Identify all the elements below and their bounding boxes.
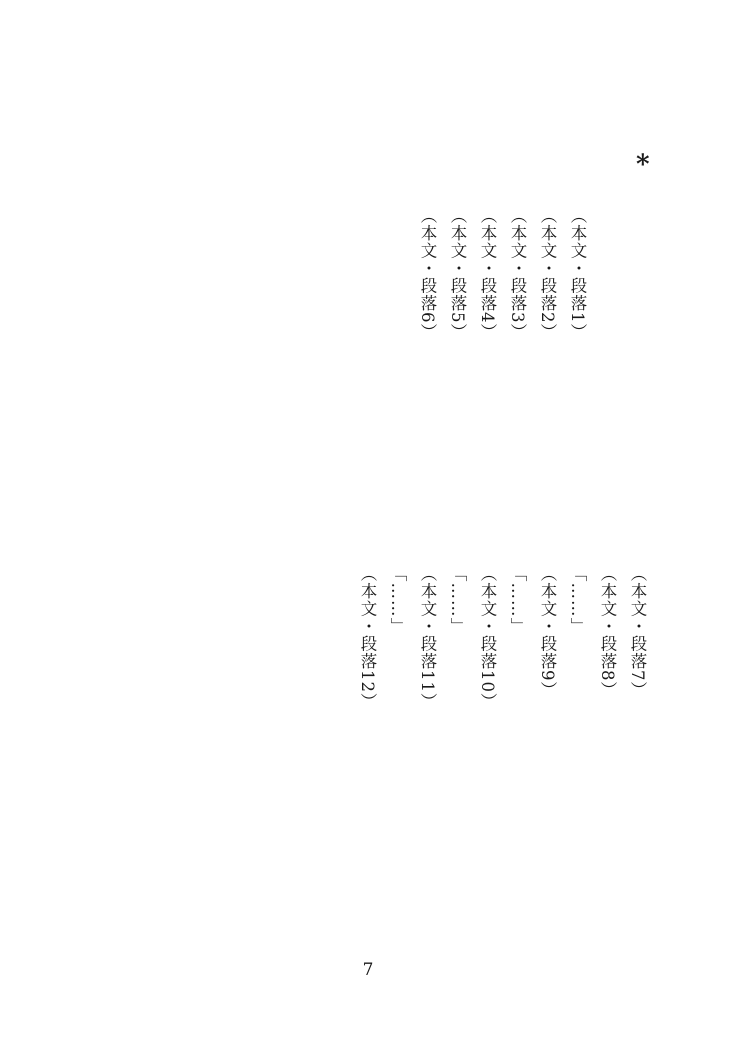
paragraph: （本文・段落4） bbox=[472, 190, 502, 480]
lower-text-block: （本文・段落7） （本文・段落8） 「……」 （本文・段落9） 「……」 （本文… bbox=[92, 548, 652, 948]
paragraph: （本文・段落9） bbox=[532, 548, 562, 948]
dialogue-line: 「……」 bbox=[562, 548, 592, 948]
dialogue-line: 「……」 bbox=[502, 548, 532, 948]
paragraph: （本文・段落7） bbox=[622, 548, 652, 948]
paragraph: （本文・段落3） bbox=[502, 190, 532, 480]
paragraph: （本文・段落10） bbox=[472, 548, 502, 948]
paragraph: （本文・段落11） bbox=[412, 548, 442, 948]
paragraph: （本文・段落6） bbox=[412, 190, 442, 480]
dialogue-line: 「……」 bbox=[382, 548, 412, 948]
scene-break-asterisk: * bbox=[636, 150, 650, 180]
upper-text-block: （本文・段落1） （本文・段落2） （本文・段落3） （本文・段落4） （本文・… bbox=[92, 190, 592, 480]
paragraph: （本文・段落5） bbox=[442, 190, 472, 480]
paragraph: （本文・段落12） bbox=[352, 548, 382, 948]
document-page: * （本文・段落1） （本文・段落2） （本文・段落3） （本文・段落4） （本… bbox=[0, 0, 736, 1039]
page-number: 7 bbox=[0, 960, 736, 980]
paragraph: （本文・段落1） bbox=[562, 190, 592, 480]
paragraph: （本文・段落8） bbox=[592, 548, 622, 948]
dialogue-line: 「……」 bbox=[442, 548, 472, 948]
paragraph: （本文・段落2） bbox=[532, 190, 562, 480]
